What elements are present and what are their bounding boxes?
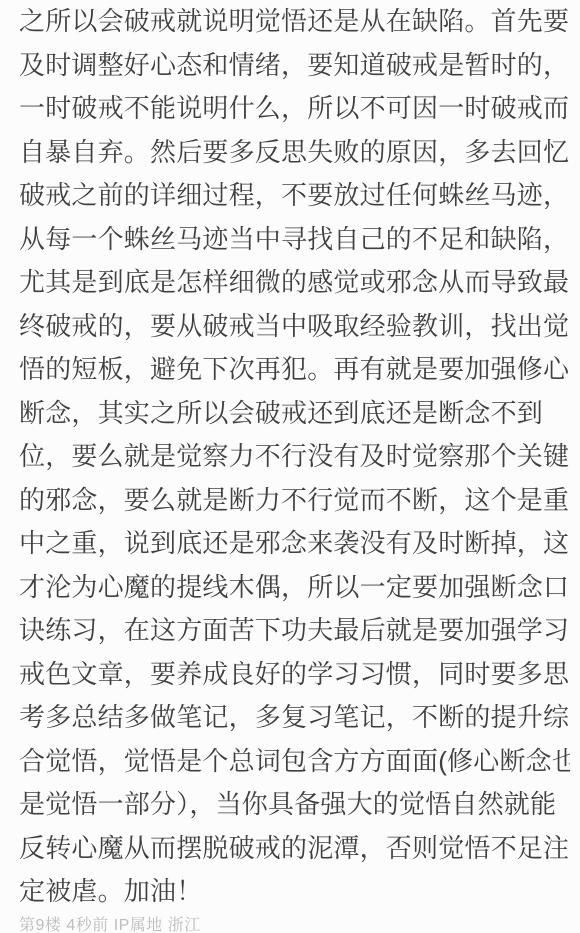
text-line: 尤其是到底是怎样细微的感觉或邪念从而导致最 [19,261,570,305]
text-line: 一时破戒不能说明什么，所以不可因一时破戒而 [19,87,570,131]
text-line: 位，要么就是觉察力不行没有及时觉察那个关键 [19,435,570,479]
text-line: 才沦为心魔的提线木偶，所以一定要加强断念口 [19,566,570,610]
text-line: 诀练习，在这方面苦下功夫最后就是要加强学习 [19,609,570,653]
text-line: 从每一个蛛丝马迹当中寻找自己的不足和缺陷， [19,218,570,262]
text-line: 之所以会破戒就说明觉悟还是从在缺陷。首先要 [19,0,570,44]
post-body: 之所以会破戒就说明觉悟还是从在缺陷。首先要 及时调整好心态和情绪，要知道破戒是暂… [0,0,580,914]
text-line: 反转心魔从而摆脱破戒的泥潭，否则觉悟不足注 [19,827,570,871]
text-line: 及时调整好心态和情绪，要知道破戒是暂时的， [19,44,570,88]
text-line: 定被虐。加油！ [19,870,570,914]
text-line: 悟的短板，避免下次再犯。再有就是要加强修心 [19,348,570,392]
text-line: 自暴自弃。然后要多反思失败的原因，多去回忆 [19,131,570,175]
text-line: 破戒之前的详细过程，不要放过任何蛛丝马迹， [19,174,570,218]
text-line: 是觉悟一部分），当你具备强大的觉悟自然就能 [19,783,570,827]
text-line: 终破戒的，要从破戒当中吸取经验教训，找出觉 [19,305,570,349]
text-line: 考多总结多做笔记，多复习笔记，不断的提升综 [19,696,570,740]
text-line: 的邪念，要么就是断力不行觉而不断，这个是重 [19,479,570,523]
text-line: 合觉悟，觉悟是个总词包含方方面面(修心断念也 [19,740,570,784]
text-line: 中之重，说到底还是邪念来袭没有及时断掉，这 [19,522,570,566]
post-meta: 第9楼 4秒前 IP属地 浙江 [19,916,580,933]
text-line: 断念，其实之所以会破戒还到底还是断念不到 [19,392,570,436]
text-line: 戒色文章，要养成良好的学习习惯，同时要多思 [19,653,570,697]
